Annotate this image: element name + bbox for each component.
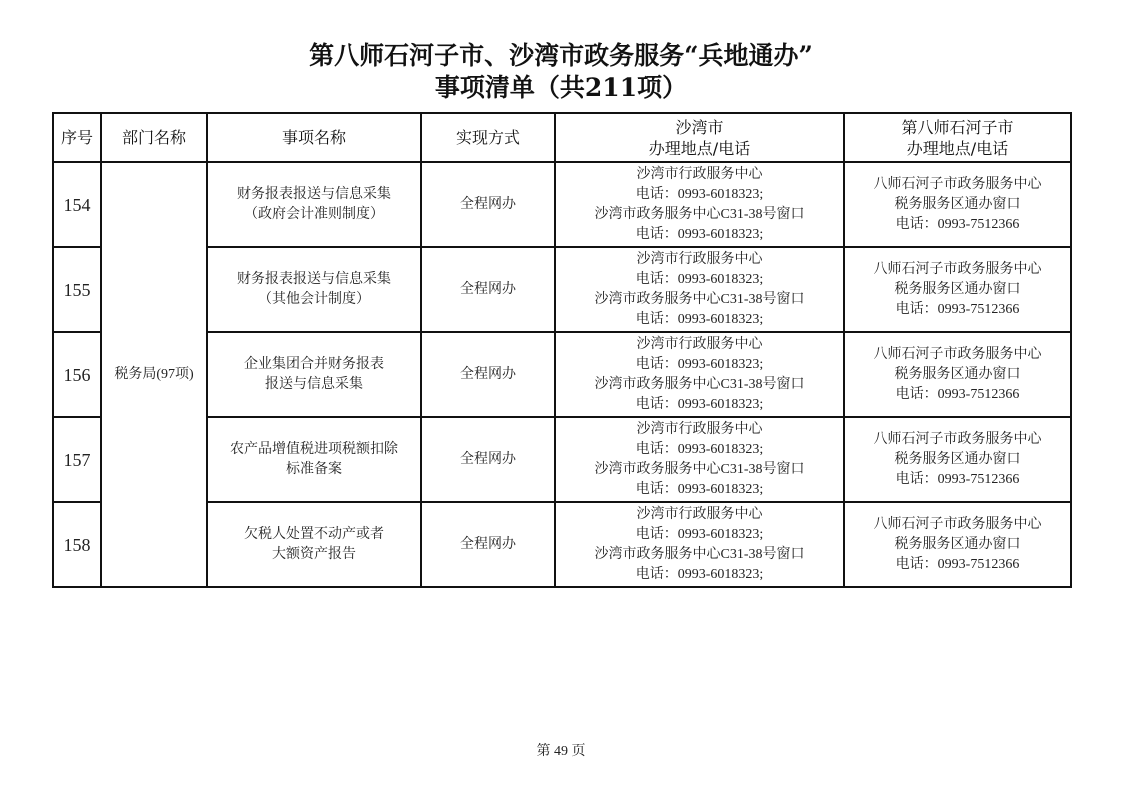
shihezi-line: 电话：0993-7512366: [845, 555, 1070, 575]
method-cell: 全程网办: [421, 502, 555, 587]
shihezi-line: 八师石河子市政务服务中心: [845, 260, 1070, 280]
shawan-line: 电话：0993-6018323;: [556, 225, 843, 245]
department-cell: 税务局(97项): [101, 162, 207, 587]
shihezi-line: 八师石河子市政务服务中心: [845, 345, 1070, 365]
shawan-line: 电话：0993-6018323;: [556, 565, 843, 585]
method-cell: 全程网办: [421, 162, 555, 247]
shawan-line: 电话：0993-6018323;: [556, 480, 843, 500]
shihezi-location-cell: 八师石河子市政务服务中心 税务服务区通办窗口 电话：0993-7512366: [844, 502, 1071, 587]
shihezi-line: 税务服务区通办窗口: [845, 280, 1070, 300]
header-method: 实现方式: [421, 113, 555, 162]
shihezi-line: 八师石河子市政务服务中心: [845, 515, 1070, 535]
row-no: 158: [53, 502, 101, 587]
shawan-line: 电话：0993-6018323;: [556, 355, 843, 375]
item-name-line-1: 财务报表报送与信息采集: [208, 185, 420, 205]
item-name-line-2: （其他会计制度）: [208, 290, 420, 310]
header-item-name: 事项名称: [207, 113, 421, 162]
shihezi-location-cell: 八师石河子市政务服务中心 税务服务区通办窗口 电话：0993-7512366: [844, 247, 1071, 332]
shawan-line: 沙湾市政务服务中心C31-38号窗口: [556, 375, 843, 395]
shawan-line: 电话：0993-6018323;: [556, 310, 843, 330]
shawan-line: 沙湾市政务服务中心C31-38号窗口: [556, 205, 843, 225]
shawan-line: 沙湾市政务服务中心C31-38号窗口: [556, 545, 843, 565]
header-shawan-line-1: 沙湾市: [556, 117, 843, 138]
shawan-line: 电话：0993-6018323;: [556, 185, 843, 205]
shawan-line: 沙湾市政务服务中心C31-38号窗口: [556, 460, 843, 480]
shawan-line: 电话：0993-6018323;: [556, 440, 843, 460]
shihezi-location-cell: 八师石河子市政务服务中心 税务服务区通办窗口 电话：0993-7512366: [844, 162, 1071, 247]
shihezi-location-cell: 八师石河子市政务服务中心 税务服务区通办窗口 电话：0993-7512366: [844, 417, 1071, 502]
item-name-cell: 欠税人处置不动产或者 大额资产报告: [207, 502, 421, 587]
table-header-row: 序号 部门名称 事项名称 实现方式 沙湾市 办理地点/电话 第八师石河子市 办理…: [53, 113, 1071, 162]
header-shihezi-line-2: 办理地点/电话: [845, 138, 1070, 159]
shawan-line: 沙湾市行政服务中心: [556, 335, 843, 355]
header-department: 部门名称: [101, 113, 207, 162]
document-title-line-2: 事项清单（共211项）: [0, 72, 1122, 104]
item-name-line-2: 大额资产报告: [208, 545, 420, 565]
item-name-line-1: 欠税人处置不动产或者: [208, 525, 420, 545]
document-title-line-1: 第八师石河子市、沙湾市政务服务“兵地通办”: [0, 40, 1122, 72]
row-no: 156: [53, 332, 101, 417]
item-name-cell: 财务报表报送与信息采集 （政府会计准则制度）: [207, 162, 421, 247]
shawan-line: 电话：0993-6018323;: [556, 525, 843, 545]
header-shawan-line-2: 办理地点/电话: [556, 138, 843, 159]
shawan-line: 电话：0993-6018323;: [556, 395, 843, 415]
shihezi-line: 电话：0993-7512366: [845, 300, 1070, 320]
shawan-line: 沙湾市行政服务中心: [556, 250, 843, 270]
shawan-line: 沙湾市行政服务中心: [556, 165, 843, 185]
shihezi-line: 八师石河子市政务服务中心: [845, 430, 1070, 450]
item-name-cell: 农产品增值税进项税额扣除 标准备案: [207, 417, 421, 502]
item-name-line-2: （政府会计准则制度）: [208, 205, 420, 225]
shihezi-line: 税务服务区通办窗口: [845, 450, 1070, 470]
service-items-table: 序号 部门名称 事项名称 实现方式 沙湾市 办理地点/电话 第八师石河子市 办理…: [52, 112, 1072, 588]
shawan-location-cell: 沙湾市行政服务中心 电话：0993-6018323; 沙湾市政务服务中心C31-…: [555, 502, 844, 587]
header-shihezi-location: 第八师石河子市 办理地点/电话: [844, 113, 1071, 162]
shihezi-line: 税务服务区通办窗口: [845, 535, 1070, 555]
shawan-location-cell: 沙湾市行政服务中心 电话：0993-6018323; 沙湾市政务服务中心C31-…: [555, 417, 844, 502]
shihezi-location-cell: 八师石河子市政务服务中心 税务服务区通办窗口 电话：0993-7512366: [844, 332, 1071, 417]
table-row: 154 税务局(97项) 财务报表报送与信息采集 （政府会计准则制度） 全程网办…: [53, 162, 1071, 247]
header-shihezi-line-1: 第八师石河子市: [845, 117, 1070, 138]
shawan-line: 沙湾市行政服务中心: [556, 420, 843, 440]
shihezi-line: 八师石河子市政务服务中心: [845, 175, 1070, 195]
item-name-line-1: 企业集团合并财务报表: [208, 355, 420, 375]
header-no: 序号: [53, 113, 101, 162]
row-no: 157: [53, 417, 101, 502]
item-name-line-2: 报送与信息采集: [208, 375, 420, 395]
method-cell: 全程网办: [421, 417, 555, 502]
item-name-line-1: 财务报表报送与信息采集: [208, 270, 420, 290]
shawan-location-cell: 沙湾市行政服务中心 电话：0993-6018323; 沙湾市政务服务中心C31-…: [555, 332, 844, 417]
item-name-line-2: 标准备案: [208, 460, 420, 480]
shihezi-line: 税务服务区通办窗口: [845, 365, 1070, 385]
shihezi-line: 电话：0993-7512366: [845, 470, 1070, 490]
page-number: 第 49 页: [0, 740, 1122, 760]
shihezi-line: 电话：0993-7512366: [845, 385, 1070, 405]
header-shawan-location: 沙湾市 办理地点/电话: [555, 113, 844, 162]
shawan-location-cell: 沙湾市行政服务中心 电话：0993-6018323; 沙湾市政务服务中心C31-…: [555, 247, 844, 332]
item-name-cell: 企业集团合并财务报表 报送与信息采集: [207, 332, 421, 417]
shihezi-line: 电话：0993-7512366: [845, 215, 1070, 235]
method-cell: 全程网办: [421, 332, 555, 417]
shihezi-line: 税务服务区通办窗口: [845, 195, 1070, 215]
item-name-cell: 财务报表报送与信息采集 （其他会计制度）: [207, 247, 421, 332]
row-no: 154: [53, 162, 101, 247]
shawan-line: 沙湾市政务服务中心C31-38号窗口: [556, 290, 843, 310]
shawan-location-cell: 沙湾市行政服务中心 电话：0993-6018323; 沙湾市政务服务中心C31-…: [555, 162, 844, 247]
item-name-line-1: 农产品增值税进项税额扣除: [208, 440, 420, 460]
shawan-line: 电话：0993-6018323;: [556, 270, 843, 290]
shawan-line: 沙湾市行政服务中心: [556, 505, 843, 525]
row-no: 155: [53, 247, 101, 332]
method-cell: 全程网办: [421, 247, 555, 332]
